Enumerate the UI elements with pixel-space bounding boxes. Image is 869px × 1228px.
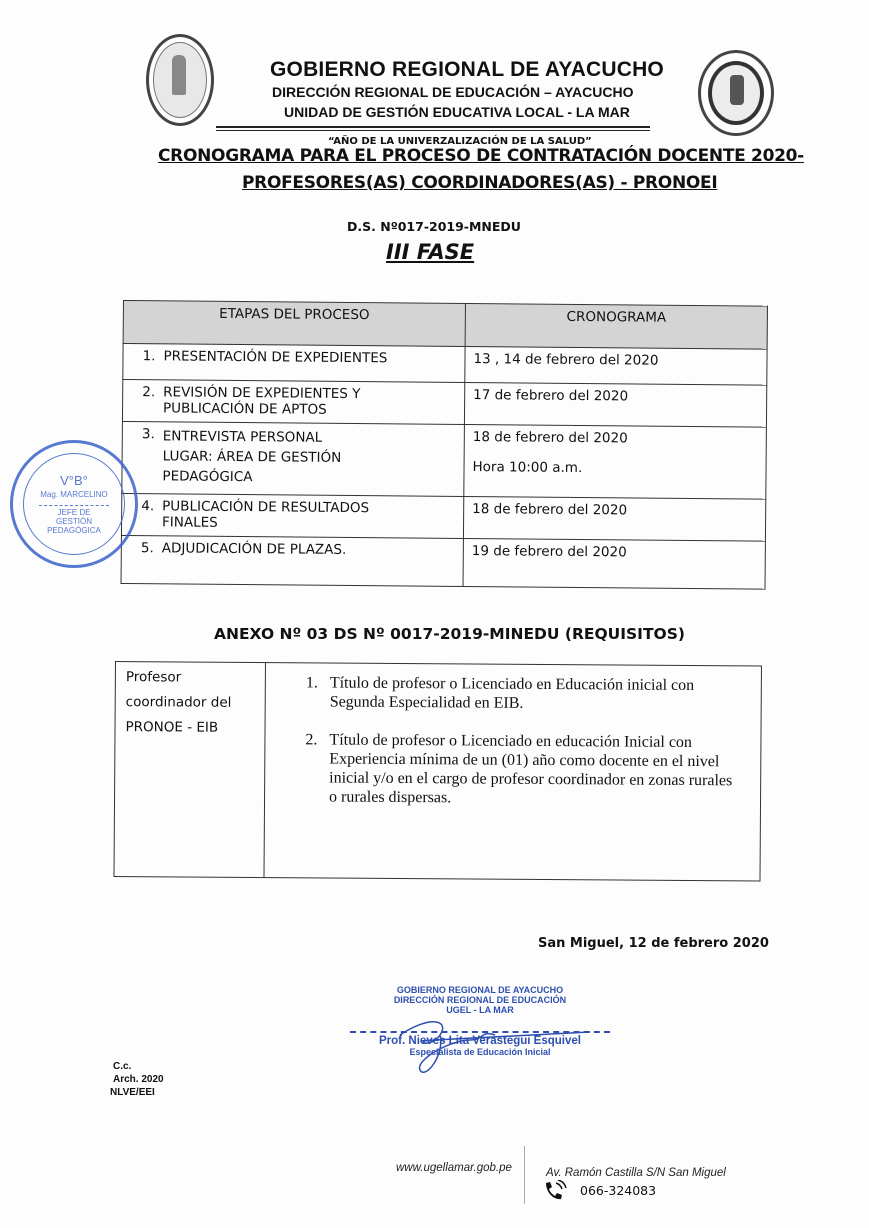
handwritten-signature <box>390 1010 600 1080</box>
stage-number: 1. <box>131 348 155 364</box>
phone-number: 066-324083 <box>580 1183 656 1198</box>
document-title-line2: PROFESORES(AS) COORDINADORES(AS) - PRONO… <box>242 173 717 193</box>
stage-number: 2. <box>131 384 155 400</box>
stage-date: 19 de febrero del 2020 <box>472 543 627 560</box>
requirement-text: Título de profesor o Licenciado en educa… <box>329 730 741 809</box>
stage-name: REVISIÓN DE EXPEDIENTES Y PUBLICACIÓN DE… <box>163 384 373 418</box>
gobierno-regional-logo <box>146 34 214 126</box>
stage-name: PUBLICACIÓN DE RESULTADOS FINALES <box>162 498 402 532</box>
table-row: 5.ADJUDICACIÓN DE PLAZAS. 19 de febrero … <box>121 535 765 589</box>
stage-date: 17 de febrero del 2020 <box>473 387 628 404</box>
table-row: 1.PRESENTACIÓN DE EXPEDIENTES 13 , 14 de… <box>123 344 767 386</box>
header-rule <box>216 126 650 128</box>
org-unit: UNIDAD DE GESTIÓN EDUCATIVA LOCAL - LA M… <box>284 104 630 120</box>
column-header-schedule: CRONOGRAMA <box>465 303 767 349</box>
table-row: 2.REVISIÓN DE EXPEDIENTES Y PUBLICACIÓN … <box>122 380 766 428</box>
schedule-table: ETAPAS DEL PROCESO CRONOGRAMA 1.PRESENTA… <box>121 300 768 590</box>
stage-name: ENTREVISTA PERSONAL LUGAR: ÁREA DE GESTI… <box>162 426 353 488</box>
decree-reference: D.S. Nº017-2019-MNEDU <box>347 219 521 234</box>
table-row: 4.PUBLICACIÓN DE RESULTADOS FINALES 18 d… <box>121 493 765 541</box>
org-direction: DIRECCIÓN REGIONAL DE EDUCACIÓN – AYACUC… <box>272 84 633 100</box>
requirement-text: Título de profesor o Licenciado en Educa… <box>330 674 741 715</box>
footer-divider <box>524 1146 525 1204</box>
document-title-line1: CRONOGRAMA PARA EL PROCESO DE CONTRATACI… <box>158 146 804 166</box>
place-and-date: San Miguel, 12 de febrero 2020 <box>538 936 769 951</box>
stage-time: Hora 10:00 a.m. <box>472 459 757 477</box>
phone-icon <box>542 1180 568 1202</box>
ministry-stamp: V°B° Mag. MARCELINO JEFE DE GESTIÓN PEDA… <box>10 440 138 568</box>
header-rule-thin <box>216 130 650 131</box>
stage-date: 18 de febrero del 2020 <box>473 429 628 446</box>
requirement-item: 2. Título de profesor o Licenciado en ed… <box>305 730 741 809</box>
requirement-item: 1. Título de profesor o Licenciado en Ed… <box>306 673 741 714</box>
ugel-la-mar-logo <box>698 50 774 136</box>
phase-label: III FASE <box>386 240 474 264</box>
stage-date: 13 , 14 de febrero del 2020 <box>473 351 658 369</box>
org-name: GOBIERNO REGIONAL DE AYACUCHO <box>270 58 664 82</box>
carbon-copy: C.c. Arch. 2020 NLVE/EEI <box>113 1060 164 1099</box>
address: Av. Ramón Castilla S/N San Miguel <box>546 1167 726 1179</box>
position-name: Profesor coordinador del PRONOE - EIB <box>114 662 265 877</box>
stage-number: 5. <box>130 540 154 556</box>
table-row: 3.ENTREVISTA PERSONAL LUGAR: ÁREA DE GES… <box>122 421 767 499</box>
website-link[interactable]: www.ugellamar.gob.pe <box>396 1162 512 1174</box>
stage-name: ADJUDICACIÓN DE PLAZAS. <box>162 540 432 558</box>
column-header-stages: ETAPAS DEL PROCESO <box>123 301 465 347</box>
stage-date: 18 de febrero del 2020 <box>472 501 627 518</box>
anexo-title: ANEXO Nº 03 DS Nº 0017-2019-MINEDU (REQU… <box>214 625 685 643</box>
stage-number: 3. <box>131 426 155 442</box>
requirements-table: Profesor coordinador del PRONOE - EIB 1.… <box>113 661 761 882</box>
stage-name: PRESENTACIÓN DE EXPEDIENTES <box>163 348 433 366</box>
